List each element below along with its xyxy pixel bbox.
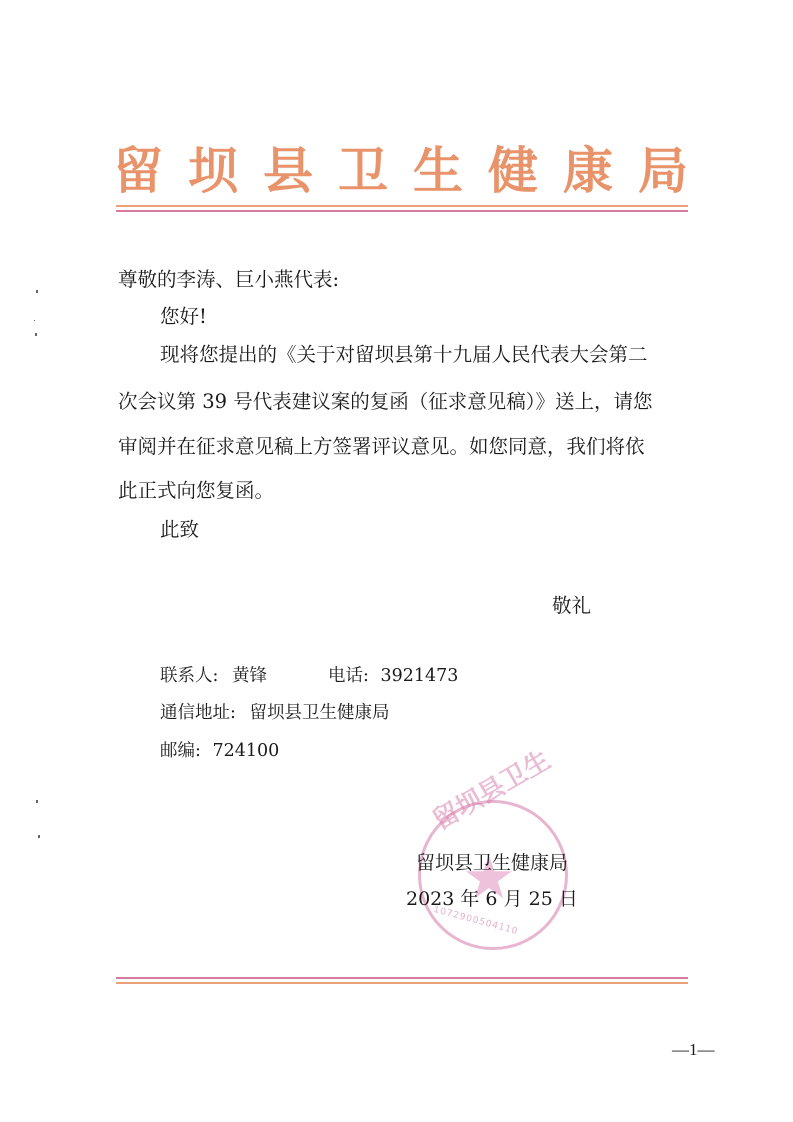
header-rule-pink (116, 210, 688, 212)
greeting: 您好! (160, 301, 730, 329)
header-rule-orange (116, 205, 688, 207)
scan-speck (35, 333, 37, 336)
title-char: 生 (413, 140, 463, 202)
contact-postcode-value: 724100 (212, 741, 279, 761)
contact-person-value: 黄锋 (232, 666, 267, 686)
signature-date: 2023 年 6 月 25 日 (406, 884, 578, 911)
title-char: 坝 (188, 140, 238, 202)
contact-postcode: 邮编: 724100 (160, 737, 279, 762)
title-char: 局 (638, 140, 688, 202)
contact-person-label: 联系人: (160, 666, 218, 686)
contact-person: 联系人: 黄锋 (160, 662, 267, 687)
scan-speck (38, 835, 40, 838)
closing-jingli: 敬礼 (552, 590, 591, 618)
body-line-3: 审阅并在征求意见稿上方签署评议意见。如您同意，我们将依 (118, 431, 688, 459)
title-char: 留 (113, 140, 163, 202)
footer-rule-pink (116, 977, 688, 979)
scan-speck (36, 800, 38, 803)
contact-phone-label: 电话: (328, 666, 369, 686)
body-line-1: 现将您提出的《关于对留坝县第十九届人民代表大会第二 (160, 339, 730, 367)
body-line-2: 次会议第 39 号代表建议案的复函（征求意见稿）》送上，请您 (118, 386, 688, 414)
title-char: 县 (263, 140, 313, 202)
closing-cizhi: 此致 (160, 514, 730, 542)
contact-address-value: 留坝县卫生健康局 (249, 703, 389, 723)
letterhead-title: 留 坝 县 卫 生 健 康 局 (113, 140, 688, 202)
title-char: 卫 (338, 140, 388, 202)
contact-address: 通信地址: 留坝县卫生健康局 (160, 699, 389, 724)
signature-organization: 留坝县卫生健康局 (416, 848, 568, 875)
body-line-4: 此正式向您复函。 (118, 475, 688, 503)
title-char: 健 (488, 140, 538, 202)
title-char: 康 (563, 140, 613, 202)
contact-address-label: 通信地址: (160, 703, 236, 723)
scan-speck (34, 320, 35, 321)
scan-speck (36, 290, 38, 293)
contact-phone: 电话: 3921473 (328, 662, 458, 687)
page-number: —1— (672, 1040, 715, 1060)
contact-phone-value: 3921473 (380, 666, 458, 686)
contact-postcode-label: 邮编: (160, 741, 201, 761)
salutation: 尊敬的李涛、巨小燕代表: (118, 264, 688, 292)
footer-rule-orange (116, 982, 688, 984)
